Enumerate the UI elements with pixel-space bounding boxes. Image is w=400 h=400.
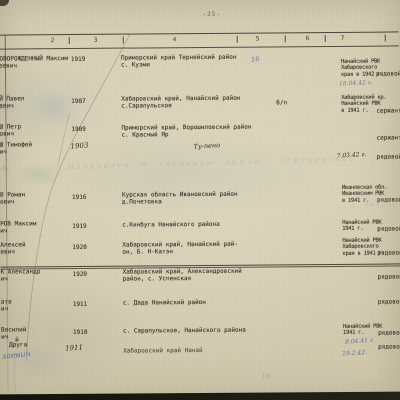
- cell-birth-year: 1920: [73, 272, 87, 278]
- illegible-handwriting: в отпуске: [352, 202, 397, 209]
- cell-rank: рядовой: [378, 299, 400, 305]
- cell-birthplace-line1: с. Дада Нанайский район: [123, 300, 206, 307]
- cell-birth-year: 1911: [73, 302, 87, 308]
- handwritten-mark: 16: [251, 56, 261, 63]
- cell-birth-year: 1910: [73, 330, 87, 336]
- cell-birthplace-line2: район, с. Успенская: [123, 276, 192, 283]
- cell-birth-year: 1916: [72, 195, 86, 201]
- handwritten-year: 1911: [65, 344, 83, 351]
- cell-birthplace-line2: с. Красный Яр: [121, 132, 168, 138]
- cell-name-line2: ович: [0, 199, 14, 205]
- cell-rvk-line2: Хабаровского: [342, 244, 378, 250]
- handwritten-birthplace: Ту-пено: [193, 142, 220, 150]
- cell-rvk-line2: Хабаровского: [341, 65, 377, 71]
- illegible-handwriting: дз: [1, 165, 9, 171]
- cell-rank: рядовой: [377, 250, 400, 256]
- cell-birthplace-line1: Хабаровский край Нанай: [123, 348, 203, 355]
- cell-birth-year: 1909: [71, 127, 85, 133]
- cell-name-line2: евич: [0, 249, 14, 255]
- cell-rvk-line2: 1941 г.: [342, 226, 363, 232]
- cell-party: б/п: [276, 100, 287, 106]
- cell-name-line2: ич: [1, 307, 8, 313]
- cell-rvk-line3: в 1941 г.: [341, 108, 368, 114]
- handwritten-mark: 16: [261, 373, 270, 379]
- cell-birthplace-line1: с. Сарапульское, Нанайского района: [123, 328, 246, 335]
- document-sheet: -25- 2 3 4 5 6 7 НОВОРОЖДЕННЫЙ Максим ее…: [0, 0, 400, 400]
- scanned-document-page: { "page": { "number": "-25-" }, "header"…: [0, 0, 400, 400]
- cell-birth-year: 1920: [72, 245, 86, 251]
- cell-birthplace-line1: с.Кинбуга Нанайского района: [122, 222, 220, 229]
- cell-name-line2: Друга: [9, 342, 27, 348]
- cell-rank: рядовой: [377, 154, 400, 160]
- cell-birthplace-line2: он, Б. Н-Катэн: [122, 249, 173, 255]
- cell-rank: рядовой: [378, 344, 400, 350]
- cell-name-line2: ович: [0, 131, 14, 137]
- illegible-handwriting: им: [0, 92, 10, 98]
- cell-birth-year: 1919: [72, 224, 86, 230]
- cell-birth-year: 1919: [71, 57, 85, 63]
- cell-birth-year: 1907: [71, 99, 85, 105]
- cell-rank: рядовой: [377, 226, 400, 232]
- handwritten-year: 1903: [70, 142, 88, 149]
- cell-name-line2: ич: [0, 150, 7, 156]
- cell-rvk-line2: Нанайский РВК: [341, 101, 380, 107]
- cell-name-line2: ич: [1, 277, 8, 283]
- cell-birthplace-line2: с.Сарапульское: [121, 103, 172, 109]
- cell-birthplace-line2: с. Кузми: [121, 62, 150, 68]
- illegible-handwriting: ви: [0, 104, 9, 110]
- cell-birthplace-line2: д.Почетовка: [122, 199, 162, 205]
- cell-rank: рядовой: [378, 274, 400, 280]
- cell-name-line2: еевич: [0, 63, 17, 69]
- cell-rank: рядовой: [376, 71, 400, 77]
- cell-name-line2: ич: [0, 229, 7, 235]
- cell-rank: сержант: [376, 108, 400, 114]
